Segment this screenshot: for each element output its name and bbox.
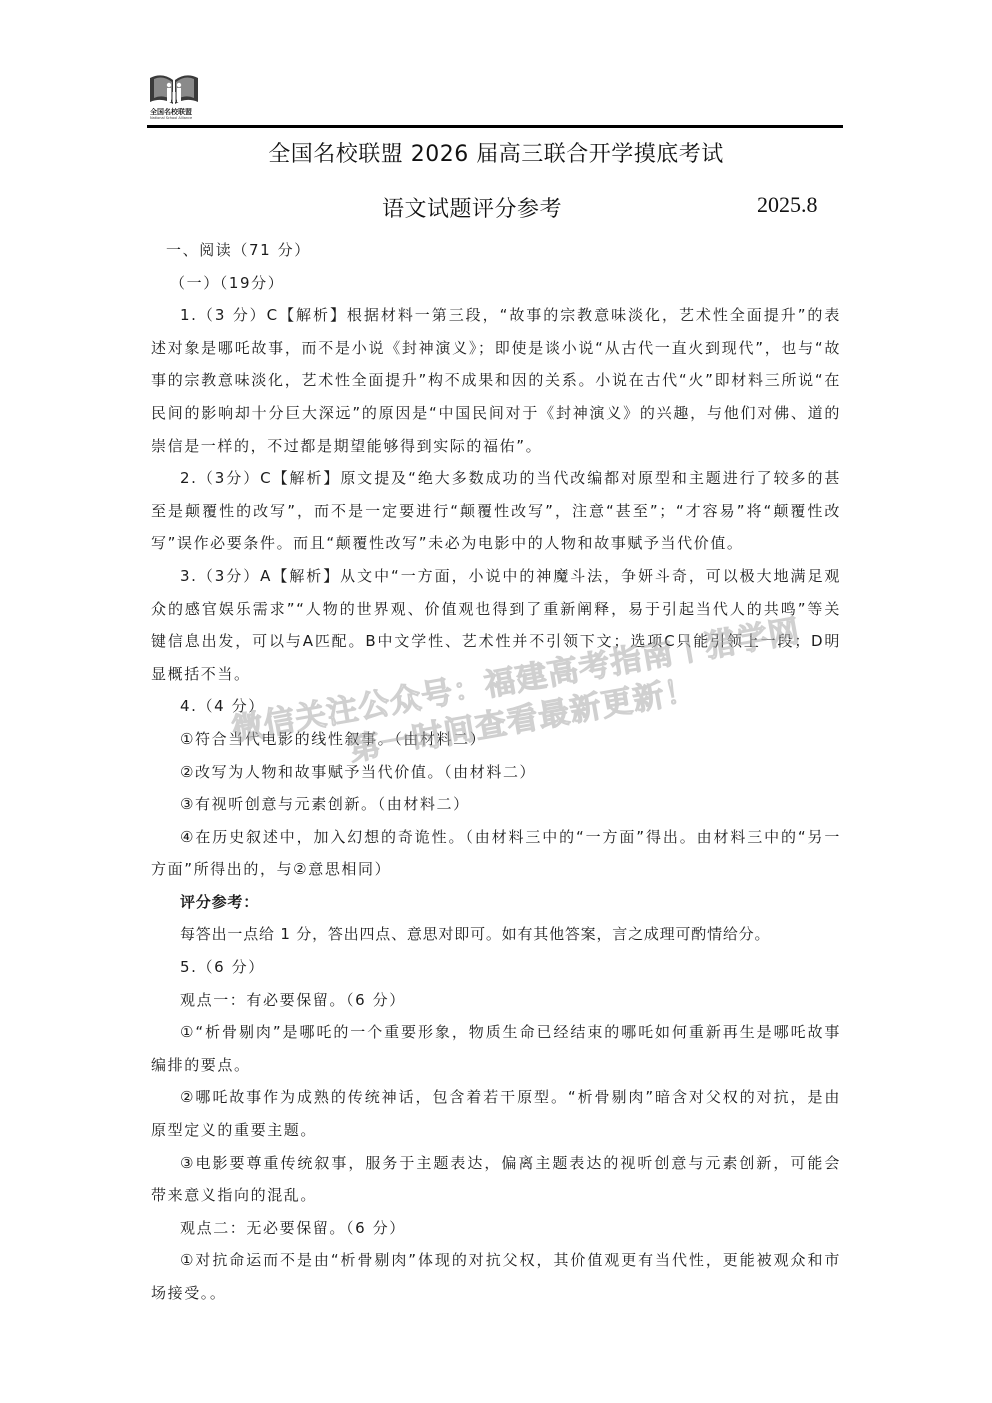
view2-heading: 观点二：无必要保留。（6 分）: [151, 1212, 841, 1245]
subsection-heading: （一）（19分）: [151, 267, 841, 300]
document-date: 2025.8: [757, 192, 818, 218]
answer-q4-point-4: ④在历史叙述中，加入幻想的奇诡性。（由材料三中的“一方面”得出。由材料三中的“另…: [151, 821, 841, 886]
view1-point-3: ③电影要尊重传统叙事，服务于主题表达，偏离主题表达的视听创意与元素创新，可能会带…: [151, 1147, 841, 1212]
document-subtitle: 语文试题评分参考: [382, 192, 562, 223]
open-book-icon: [148, 70, 200, 106]
answer-q4-point-1: ①符合当代电影的线性叙事。（由材料二）: [151, 723, 841, 756]
view1-heading: 观点一：有必要保留。（6 分）: [151, 984, 841, 1017]
header-rule: [147, 125, 843, 128]
answer-q3: 3.（3分）A【解析】从文中“一方面，小说中的神魔斗法，争妍斗奇，可以极大地满足…: [151, 560, 841, 690]
view1-point-1: ①“析骨剔肉”是哪吒的一个重要形象，物质生命已经结束的哪吒如何重新再生是哪吒故事…: [151, 1016, 841, 1081]
answer-q4-point-2: ②改写为人物和故事赋予当代价值。（由材料二）: [151, 756, 841, 789]
answer-q4-heading: 4.（4 分）: [151, 690, 841, 723]
section-heading: 一、阅读（71 分）: [151, 234, 841, 267]
view2-point-1: ①对抗命运而不是由“析骨剔肉”体现的对抗父权，其价值观更有当代性，更能被观众和市…: [151, 1244, 841, 1309]
logo-name-en: National School Alliance: [150, 116, 192, 120]
scoring-text: 每答出一点给 1 分，答出四点、意思对即可。如有其他答案，言之成理可酌情给分。: [151, 918, 841, 951]
document-body: 一、阅读（71 分） （一）（19分） 1.（3 分）C【解析】根据材料一第三段…: [151, 234, 841, 1310]
answer-q2: 2.（3分）C【解析】原文提及“绝大多数成功的当代改编都对原型和主题进行了较多的…: [151, 462, 841, 560]
scoring-label: 评分参考：: [151, 886, 841, 919]
answer-q1: 1.（3 分）C【解析】根据材料一第三段，“故事的宗教意味淡化，艺术性全面提升”…: [151, 299, 841, 462]
view1-point-2: ②哪吒故事作为成熟的传统神话，包含着若干原型。“析骨剔肉”暗含对父权的对抗，是由…: [151, 1081, 841, 1146]
answer-q4-point-3: ③有视听创意与元素创新。（由材料二）: [151, 788, 841, 821]
answer-q5-heading: 5.（6 分）: [151, 951, 841, 984]
document-title: 全国名校联盟 2026 届高三联合开学摸底考试: [0, 137, 992, 168]
